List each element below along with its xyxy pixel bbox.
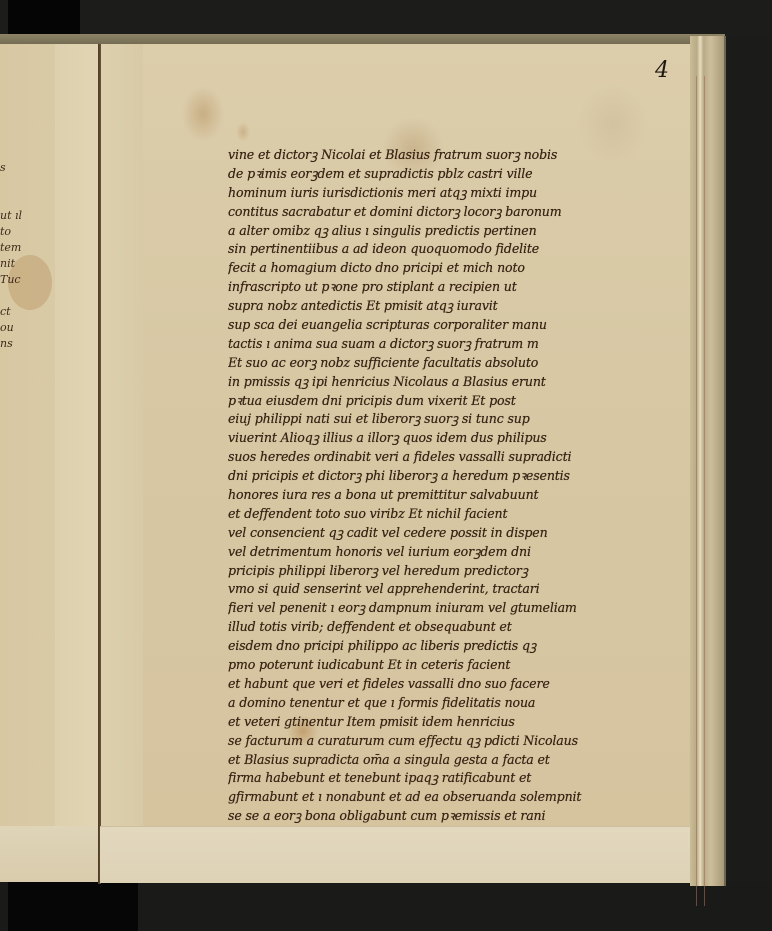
verso-lower-margin (0, 826, 98, 882)
page-block-edges (690, 36, 726, 886)
text-line: viuerint Alioqꝫ illius a illorꝫ quos ide… (228, 429, 648, 448)
text-line: dni pricipis et dictorꝫ phi liberorꝫ a h… (228, 467, 648, 486)
verso-text-fragments: s ut ıl to tem nit Tuc ct ou ns (0, 160, 56, 352)
text-line: pꝛtua eiusdem dni pricipis dum vixerit E… (228, 392, 648, 411)
text-line: fieri vel penenit ı eorꝫ dampnum iniuram… (228, 599, 648, 618)
recto-lower-margin (100, 826, 692, 883)
fragment-line: s (0, 160, 56, 176)
red-edge-line (704, 76, 705, 906)
fragment-line: ns (0, 336, 56, 352)
text-line: vmo si quid senserint vel apprehenderint… (228, 580, 648, 599)
text-line: de pꝛimis eorꝫdem et supradictis pblz ca… (228, 165, 648, 184)
text-line: vel consencient qꝫ cadit vel cedere poss… (228, 524, 648, 543)
fragment-line: ct (0, 304, 56, 320)
fragment-line: Tuc (0, 272, 56, 288)
fragment-line: ut ıl (0, 208, 56, 224)
fragment-line (0, 192, 56, 208)
text-line: suos heredes ordinabit veri a fideles va… (228, 448, 648, 467)
backdrop-shadow (8, 0, 80, 36)
text-line: Et suo ac eorꝫ nobz sufficiente facultat… (228, 354, 648, 373)
red-edge-line (696, 76, 697, 906)
manuscript-text-block: vine et dictorꝫ Nicolai et Blasius fratr… (228, 146, 648, 826)
text-line: infrascripto ut pꝛone pro stiplant a rec… (228, 278, 648, 297)
text-line: gfirmabunt et ı nonabunt et ad ea obseru… (228, 788, 648, 807)
text-line: pricipis philippi liberorꝫ vel heredum p… (228, 562, 648, 581)
fragment-line: tem (0, 240, 56, 256)
text-line: vel detrimentum honoris vel iurium eorꝫd… (228, 543, 648, 562)
text-line: et habunt que veri et fideles vassalli d… (228, 675, 648, 694)
backdrop-shadow-bottom (8, 882, 138, 931)
text-line: firma habebunt et tenebunt ipaqꝫ ratific… (228, 769, 648, 788)
text-line: et deffendent toto suo viribz Et nichil … (228, 505, 648, 524)
fragment-line (0, 288, 56, 304)
fragment-line: ou (0, 320, 56, 336)
text-line: fecit a homagium dicto dno pricipi et mi… (228, 259, 648, 278)
text-line: se facturum a curaturum cum effectu qꝫ p… (228, 732, 648, 751)
fragment-line: nit (0, 256, 56, 272)
text-line: contitus sacrabatur et domini dictorꝫ lo… (228, 203, 648, 222)
text-line: a domino tenentur et que ı formis fideli… (228, 694, 648, 713)
text-line: tactis ı anima sua suam a dictorꝫ suorꝫ … (228, 335, 648, 354)
text-line: sup sca dei euangelia scripturas corpora… (228, 316, 648, 335)
text-line: vine et dictorꝫ Nicolai et Blasius fratr… (228, 146, 648, 165)
guard-stub (101, 44, 143, 882)
fragment-line: to (0, 224, 56, 240)
text-line: illud totis virib; deffendent et obsequa… (228, 618, 648, 637)
text-line: honores iura res a bona ut premittitur s… (228, 486, 648, 505)
text-line: pmo poterunt iudicabunt Et in ceteris fa… (228, 656, 648, 675)
backdrop-top (0, 0, 772, 38)
text-line: et Blasius supradicta om̄a a singula ges… (228, 751, 648, 770)
text-line: hominum iuris iurisdictionis meri atqꝫ m… (228, 184, 648, 203)
text-line: a alter omibz qꝫ alius ı singulis predic… (228, 222, 648, 241)
text-line: se se a eorꝫ bona obligabunt cum pꝛemiss… (228, 807, 648, 826)
text-line: sin pertinentiibus a ad ideon quoquomodo… (228, 240, 648, 259)
text-line: in pmissis qꝫ ipi henricius Nicolaus a B… (228, 373, 648, 392)
fragment-line (0, 176, 56, 192)
text-line: eisdem dno pricipi philippo ac liberis p… (228, 637, 648, 656)
folio-number: 4 (655, 58, 669, 83)
verso-margin-strip (55, 44, 100, 882)
text-line: supra nobz antedictis Et pmisit atqꝫ iur… (228, 297, 648, 316)
text-line: eiuj philippi nati sui et liberorꝫ suorꝫ… (228, 410, 648, 429)
text-line: et veteri gtinentur Item pmisit idem hen… (228, 713, 648, 732)
